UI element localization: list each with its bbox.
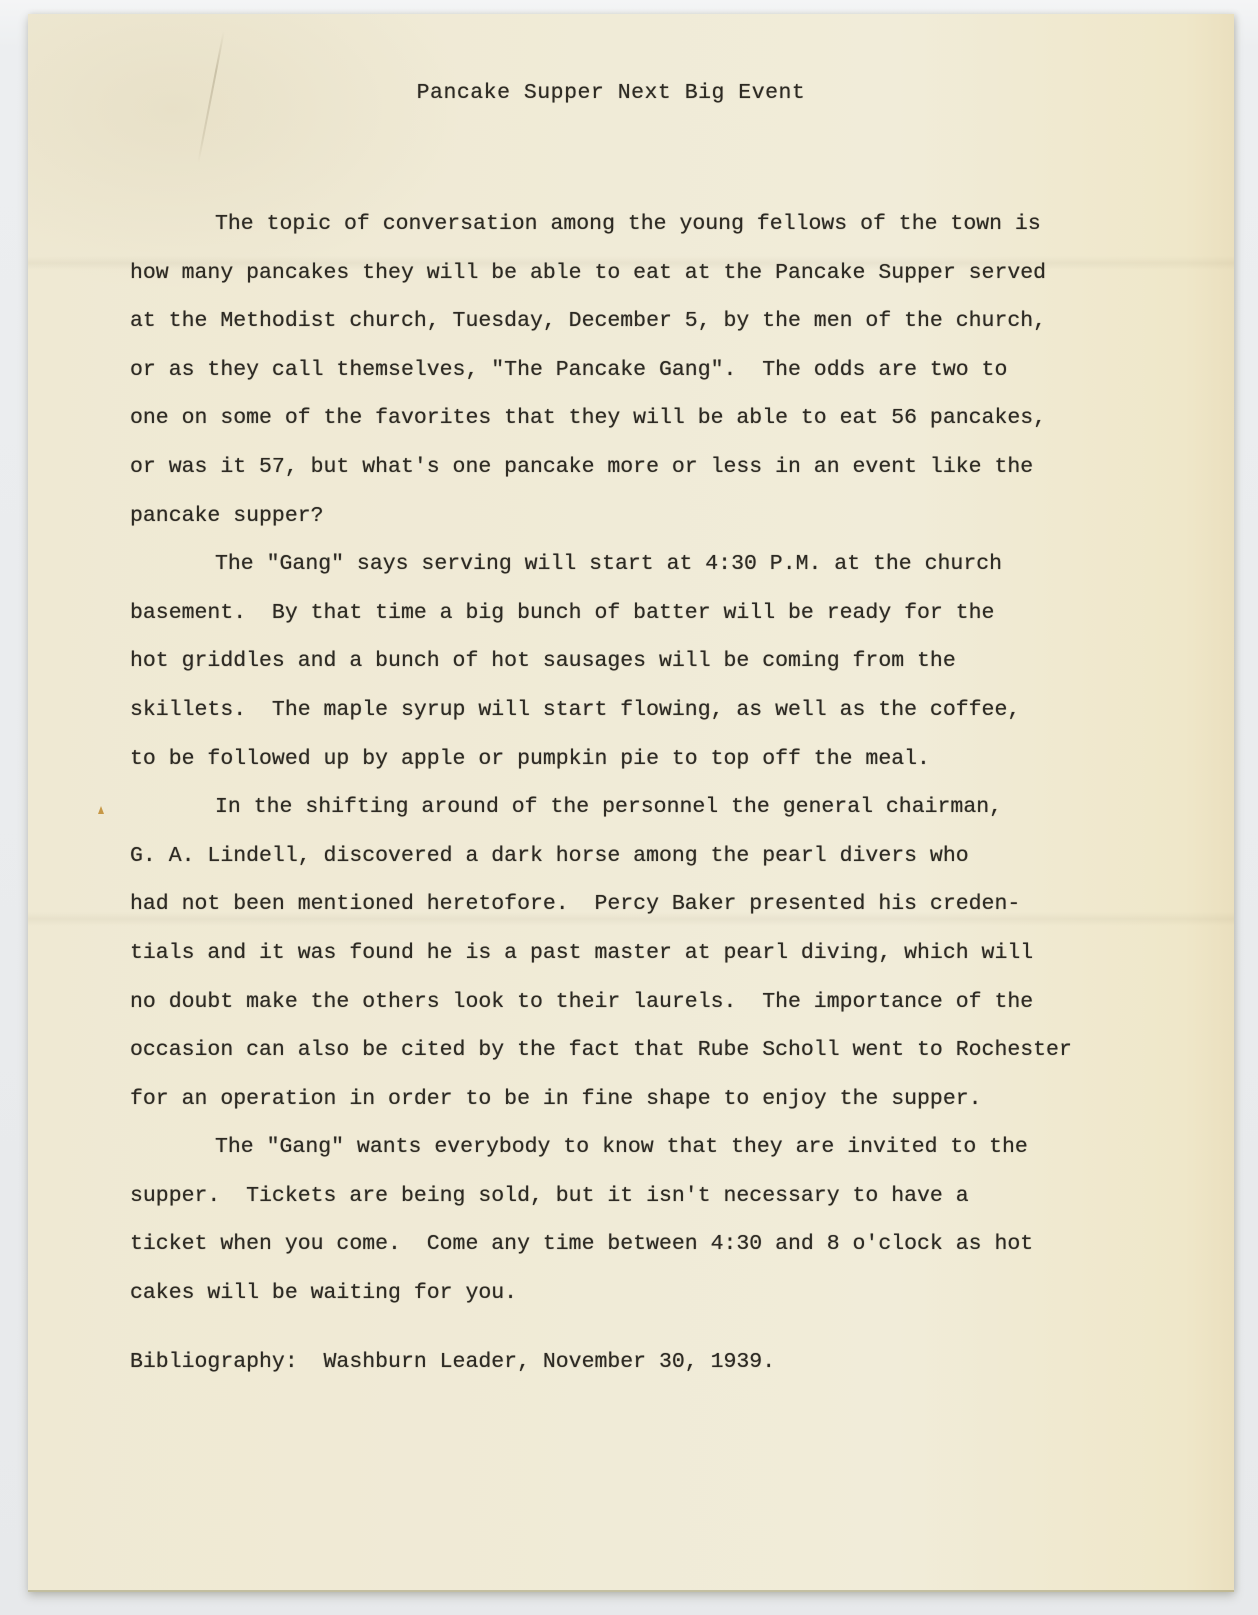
text-line: In the shifting around of the personnel … [130,783,1092,832]
text-line: had not been mentioned heretofore. Percy… [130,880,1092,929]
document-content: Pancake Supper Next Big Event The topic … [130,14,1092,134]
text-line: hot griddles and a bunch of hot sausages… [130,637,1092,686]
text-line: The "Gang" says serving will start at 4:… [130,540,1092,589]
paragraph: The topic of conversation among the youn… [130,200,1092,540]
text-line: one on some of the favorites that they w… [130,394,1092,443]
document-body: The topic of conversation among the youn… [130,128,1092,1434]
text-line: G. A. Lindell, discovered a dark horse a… [130,832,1092,881]
text-line: cakes will be waiting for you. [130,1269,1092,1318]
paragraph: The "Gang" says serving will start at 4:… [130,540,1092,783]
text-line: occasion can also be cited by the fact t… [130,1026,1092,1075]
text-line: ticket when you come. Come any time betw… [130,1220,1092,1269]
document-title: Pancake Supper Next Big Event [130,81,1092,105]
text-line: how many pancakes they will be able to e… [130,249,1092,298]
text-line: skillets. The maple syrup will start flo… [130,686,1092,735]
text-line: The "Gang" wants everybody to know that … [130,1123,1092,1172]
text-line: or as they call themselves, "The Pancake… [130,346,1092,395]
paper-speck [98,806,104,814]
scan-background: { "colors": { "background": "#eceef0", "… [0,0,1258,1615]
document-page: Pancake Supper Next Big Event The topic … [28,14,1234,1592]
text-line: supper. Tickets are being sold, but it i… [130,1172,1092,1221]
text-line: The topic of conversation among the youn… [130,200,1092,249]
text-line: basement. By that time a big bunch of ba… [130,589,1092,638]
text-line: pancake supper? [130,492,1092,541]
text-line: tials and it was found he is a past mast… [130,929,1092,978]
text-line: no doubt make the others look to their l… [130,978,1092,1027]
paragraph: In the shifting around of the personnel … [130,783,1092,1123]
text-line: to be followed up by apple or pumpkin pi… [130,735,1092,784]
bibliography-line: Bibliography: Washburn Leader, November … [130,1338,1092,1387]
paragraph: The "Gang" wants everybody to know that … [130,1123,1092,1317]
text-line: or was it 57, but what's one pancake mor… [130,443,1092,492]
text-line: at the Methodist church, Tuesday, Decemb… [130,297,1092,346]
text-line: for an operation in order to be in fine … [130,1075,1092,1124]
